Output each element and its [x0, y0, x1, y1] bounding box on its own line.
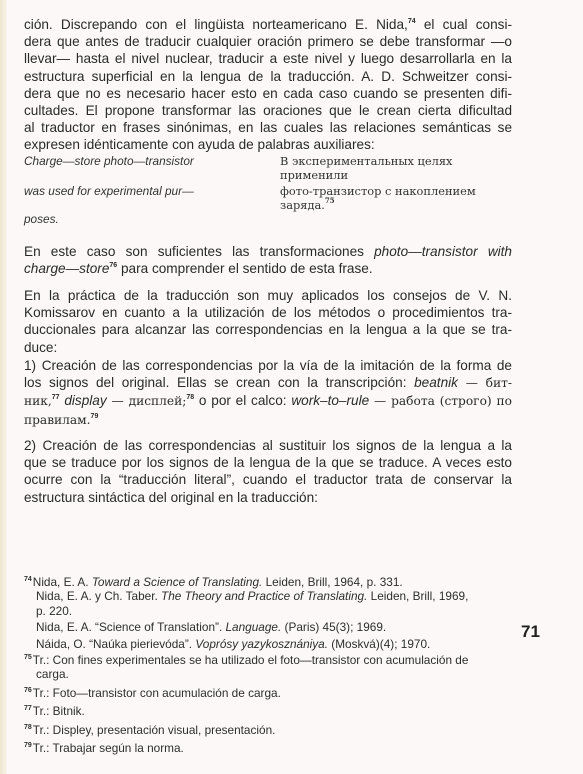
text: (Moskvá)(4); 1970. [328, 637, 430, 651]
text: Leiden, Brill, 1964, p. 331. [262, 575, 402, 589]
footnote-ref-78[interactable]: 78 [186, 394, 194, 401]
text: — дисплей; [107, 394, 187, 408]
footnote-ref-75[interactable]: 75 [325, 196, 335, 205]
footnote-78: 78Tr.: Displey, presentación visual, pre… [24, 721, 494, 737]
text: los signos del original. Ellas se crean … [24, 375, 414, 390]
text-line: estructura superficial en la lengua de l… [24, 68, 512, 85]
text: Leiden, Brill, 1969, [367, 589, 468, 603]
italic-title: Voprósy yazykosznániya. [195, 637, 328, 651]
text: p. 220. [24, 604, 494, 618]
footnote-74: 74Nida, E. A. Toward a Science of Transl… [24, 573, 494, 651]
text: (Paris) 45(3); 1969. [281, 620, 386, 634]
paragraph-nida-schweitzer: ción. Discrepando con el lingüista norte… [24, 16, 512, 154]
footnote-ref-79[interactable]: 79 [91, 413, 99, 420]
text: Tr.: Bitnik. [33, 704, 85, 718]
footnote-75: 75Tr.: Con fines experimentales se ha ut… [24, 651, 494, 682]
text: Náida, O. “Naúka pierievóda”. [36, 637, 195, 651]
footnote-number: 74 [24, 576, 32, 583]
text: ción. Discrepando con el lingüista norte… [24, 17, 408, 32]
text-line: duccionales para alcanzar las correspond… [24, 321, 512, 338]
text-line: expresen idénticamente con ayuda de pala… [24, 136, 512, 153]
text: фото-транзистор с накоплением заряда. [280, 184, 476, 212]
text-line: al traductor en frases sinónimas, en las… [24, 119, 512, 136]
text: Tr.: Con fines experimentales se ha util… [33, 653, 469, 667]
text: Nida, E. A. “Science of Translation”. [36, 620, 226, 634]
example-russian-line: В экспериментальных целях применили [280, 154, 514, 182]
paragraph-komissarov: En la práctica de la traducción son muy … [24, 287, 512, 356]
page-number: 71 [521, 622, 540, 642]
paragraph-transformations: En este caso son suficientes las transfo… [24, 243, 512, 277]
text-line: Komissarov en cuanto a la utilización de… [24, 304, 512, 321]
text-line: cultades. El propone transformar las ora… [24, 102, 512, 119]
italic-term: work–to–rule [291, 393, 369, 408]
footnote-number: 78 [24, 724, 32, 731]
footnote-number: 76 [24, 687, 32, 694]
page-binding-edge [0, 0, 7, 774]
text-line: En la práctica de la traducción son muy … [24, 287, 512, 304]
text-line: dera que antes de traducir cualquier ora… [24, 33, 512, 50]
text: — работа (строго) по [369, 394, 512, 408]
text: o por el calco: [194, 393, 291, 408]
text: Tr.: Trabajar según la norma. [33, 741, 184, 755]
text: Tr.: Foto—transistor con acumulación de … [33, 686, 281, 700]
example-english-line: poses. [24, 212, 59, 226]
text: En este caso son suficientes las transfo… [24, 244, 374, 259]
footnote-number: 75 [24, 654, 32, 661]
example-russian-line: фото-транзистор с накоплением заряда.75 [280, 184, 514, 212]
text: Nida, E. A. y Ch. Taber. [36, 589, 161, 603]
text: el cual consi- [416, 17, 512, 32]
example-english-line: Charge—store photo—transistor [24, 154, 194, 168]
footnote-77: 77Tr.: Bitnik. [24, 702, 494, 718]
text-line: ocurre con la “traducción literal”, cuan… [24, 471, 512, 488]
footnote-ref-77[interactable]: 77 [52, 394, 60, 401]
text-line: estructura sintáctica del original en la… [24, 489, 512, 506]
text: ник, [24, 394, 52, 408]
paragraph-item-1: 1) Creación de las correspondencias por … [24, 357, 512, 429]
italic-title: Toward a Science of Translating. [92, 575, 263, 589]
footnotes: 74Nida, E. A. Toward a Science of Transl… [24, 573, 494, 755]
text: Tr.: Displey, presentación visual, prese… [33, 723, 276, 737]
footnote-79: 79Tr.: Trabajar según la norma. [24, 739, 494, 755]
italic-title: The Theory and Practice of Translating. [161, 589, 367, 603]
example-english-line: was used for experimental pur— [24, 184, 194, 198]
italic-term: photo—transistor with [374, 244, 512, 259]
text-line: que se traduce por los signos de la leng… [24, 454, 512, 471]
text-line: 1) Creación de las correspondencias por … [24, 357, 512, 374]
text-line: llevar— hasta el nivel nuclear, traducir… [24, 50, 512, 67]
text: Nida, E. A. [33, 575, 92, 589]
text: правилам. [24, 413, 91, 427]
text-line: dera que no es necesario hacer esto en c… [24, 85, 512, 102]
italic-term: charge—store [24, 261, 109, 276]
paragraph-item-2: 2) Creación de las correspondencias al s… [24, 437, 512, 506]
italic-title: Language. [226, 620, 282, 634]
footnote-number: 77 [24, 705, 32, 712]
text: — бит- [458, 376, 512, 390]
text-line: duce: [24, 339, 512, 356]
footnote-number: 79 [24, 742, 32, 749]
footnote-76: 76Tr.: Foto—transistor con acumulación d… [24, 684, 494, 700]
text: para comprender el sentido de esta frase… [117, 261, 372, 276]
text-line: 2) Creación de las correspondencias al s… [24, 437, 512, 454]
footnote-ref-74[interactable]: 74 [408, 18, 416, 25]
italic-term: display [60, 393, 107, 408]
italic-term: beatnik [414, 375, 458, 390]
text: carga. [24, 667, 494, 681]
